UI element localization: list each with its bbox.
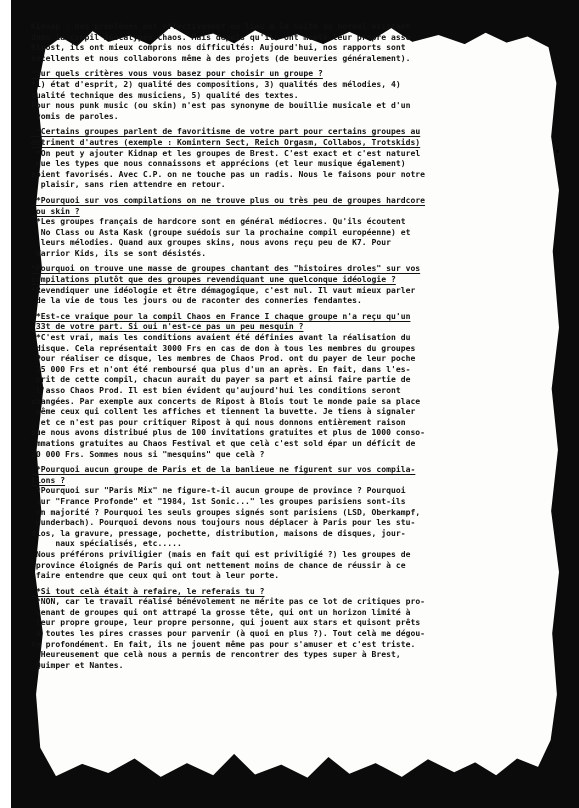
text-line: *1) état d'esprit, 2) qualité des compos… <box>31 80 525 91</box>
text-line: dios, la gravure, pressage, pochette, di… <box>31 529 525 540</box>
text-line: *Pourquoi on trouve une masse de groupes… <box>31 264 525 275</box>
qa-sections: *Sur quels critères vous vous basez pour… <box>31 69 525 671</box>
text-line: naux spécialisés, etc..... <box>31 539 525 550</box>
answer: *Les groupes français de hardcore sont e… <box>31 217 525 259</box>
question: *Pourquoi sur vos compilations on ne tro… <box>31 196 525 217</box>
text-line: *C'est vrai, mais les conditions avaient… <box>31 333 525 344</box>
text-line: même ceux qui collent les affiches et ti… <box>31 407 525 418</box>
qa-item: *Certains groupes parlent de favoritisme… <box>31 127 525 191</box>
qa-item: *Pourquoi on trouve une masse de groupes… <box>31 264 525 306</box>
text-line: faire entendre que ceux qui ont tout à l… <box>31 571 525 582</box>
text-line: plaisir, sans rien attendre en retour. <box>31 180 525 191</box>
text-line: compilations plutôt que des groupes reve… <box>31 275 525 286</box>
text-line: Wunderbach). Pourquoi devons nous toujou… <box>31 518 525 529</box>
qa-item: *Pourquoi sur vos compilations on ne tro… <box>31 196 525 260</box>
text-line: tions ? <box>31 476 525 487</box>
text-line: *Pourquoi aucun groupe de Paris et de la… <box>31 465 525 476</box>
text-line: te profondément. En fait, ils ne jouent … <box>31 640 525 651</box>
text-line: dans la compil Apocalypse Chaos. Mais de… <box>31 33 525 44</box>
text-line: que nous avons distribué plus de 100 inv… <box>31 428 525 439</box>
text-line: *Les groupes français de hardcore sont e… <box>31 217 525 228</box>
text-line: à toutes les pires crasses pour parvenir… <box>31 629 525 640</box>
text-line: en majorité ? Pourquoi les seuls groupes… <box>31 508 525 519</box>
text-line: *Pourquoi sur vos compilations on ne tro… <box>31 196 525 207</box>
text-line: de la vie de tous les jours ou de racont… <box>31 296 525 307</box>
text-line: changées. Par exemple aux concerts de Ri… <box>31 397 525 408</box>
qa-item: *Sur quels critères vous vous basez pour… <box>31 69 525 122</box>
question: *Sur quels critères vous vous basez pour… <box>31 69 525 80</box>
text-line: leurs mélodies. Quand aux groupes skins,… <box>31 238 525 249</box>
answer: *Revendiquer une idéologie et être démag… <box>31 286 525 307</box>
intro-paragraph: Kidnap : des problèmes ont effectivement… <box>31 22 525 64</box>
text-line: Heureusement que celà nous a permis de r… <box>31 650 525 661</box>
text-line: qualité technique des musiciens, 5) qual… <box>31 91 525 102</box>
question: *Pourquoi on trouve une masse de groupes… <box>31 264 525 285</box>
text-line: *Sur quels critères vous vous basez pour… <box>31 69 525 80</box>
text-line: Quimper et Nantes. <box>31 661 525 672</box>
text-line: vomis de paroles. <box>31 112 525 123</box>
answer: *1) état d'esprit, 2) qualité des compos… <box>31 80 525 122</box>
text-line: *Pourquoi sur "Paris Mix" ne figure-t-il… <box>31 486 525 497</box>
text-line: No Class ou Asta Kask (groupe suédois su… <box>31 228 525 239</box>
text-line: mmations gratuites au Chaos Festival et … <box>31 439 525 450</box>
answer: *C'est vrai, mais les conditions avaient… <box>31 333 525 460</box>
text-line: soient favorisés. Avec C.P. on ne touche… <box>31 170 525 181</box>
text-line: 20 000 Frs. Sommes nous si "mesquins" qu… <box>31 450 525 461</box>
answer: *On peut y ajouter Kidnap et les groupes… <box>31 149 525 191</box>
text-line: sur "France Profonde" et "1984, 1st Soni… <box>31 497 525 508</box>
qa-item: *Si tout celà était à refaire, le refera… <box>31 587 525 672</box>
text-line: leur propre groupe, leur propre personne… <box>31 618 525 629</box>
text-line: Ripost, ils ont mieux compris nos diffic… <box>31 43 525 54</box>
text-line: *On peut y ajouter Kidnap et les groupes… <box>31 149 525 160</box>
text-line: 25 000 Frs et n'ont été remboursé qua pl… <box>31 365 525 376</box>
question: *Certains groupes parlent de favoritisme… <box>31 127 525 148</box>
text-line: *Revendiquer une idéologie et être démag… <box>31 286 525 297</box>
text-line: Kidnap : des problèmes ont effectivement… <box>31 22 525 33</box>
qa-item: *Pourquoi aucun groupe de Paris et de la… <box>31 465 525 582</box>
text-line: Warrior Kids, ils se sont désistés. <box>31 249 525 260</box>
text-line: *Si tout celà était à refaire, le refera… <box>31 587 525 598</box>
qa-item: *Est-ce vraique pour la compil Chaos en … <box>31 312 525 460</box>
text-line: l'asso Chaos Prod. Il est bien évident q… <box>31 386 525 397</box>
text-line: disque. Cela représentait 3000 Frs en ca… <box>31 344 525 355</box>
text-line: *Certains groupes parlent de favoritisme… <box>31 127 525 138</box>
ink-speck <box>556 150 559 153</box>
text-line: 33t de votre part. Si oui n'est-ce pas u… <box>31 322 525 333</box>
text-line: Nous préférons priviligier (mais en fait… <box>31 550 525 561</box>
text-line: Pour nous punk music (ou skin) n'est pas… <box>31 101 525 112</box>
text-line: ou skin ? <box>31 207 525 218</box>
text-line: excellents et nous collaborons même à de… <box>31 54 525 65</box>
text-line: détriment d'autres (exemple : Komintern … <box>31 138 525 149</box>
text-line: prit de cette compil, chacun aurait du p… <box>31 375 525 386</box>
question: *Si tout celà était à refaire, le refera… <box>31 587 525 598</box>
text-line: et ce n'est pas pour critiquer Ripost à … <box>31 418 525 429</box>
interview-text: Kidnap : des problèmes ont effectivement… <box>31 22 525 676</box>
text-line: *NON, car le travail réalisé bénévolemen… <box>31 597 525 608</box>
text-line: province éloignés de Paris qui ont nette… <box>31 561 525 572</box>
text-line: que les types que nous connaissons et ap… <box>31 159 525 170</box>
text-line: Pour réaliser ce disque, les membres de … <box>31 354 525 365</box>
text-line: venant de groupes qui ont attrapé la gro… <box>31 608 525 619</box>
scanned-page-background: Kidnap : des problèmes ont effectivement… <box>11 0 579 808</box>
question: *Pourquoi aucun groupe de Paris et de la… <box>31 465 525 486</box>
text-line: *Est-ce vraique pour la compil Chaos en … <box>31 312 525 323</box>
answer: *Pourquoi sur "Paris Mix" ne figure-t-il… <box>31 486 525 581</box>
question: *Est-ce vraique pour la compil Chaos en … <box>31 312 525 333</box>
answer: *NON, car le travail réalisé bénévolemen… <box>31 597 525 671</box>
